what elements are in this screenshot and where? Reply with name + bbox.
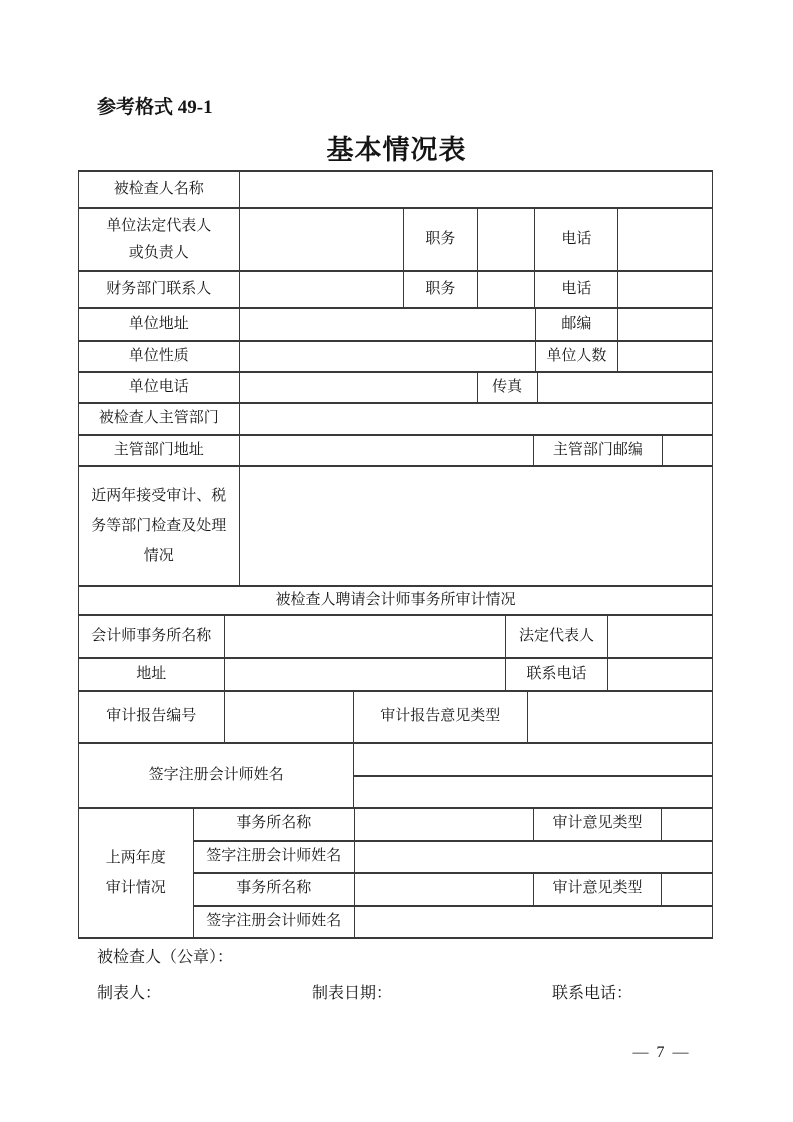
prev-signing-cpa-value-1 <box>354 842 712 873</box>
prev-firm-name-value-2 <box>354 874 533 905</box>
firm-address-label: 地址 <box>79 659 224 690</box>
legal-rep-label: 单位法定代表人 或负责人 <box>79 209 239 270</box>
format-label: 参考格式 49-1 <box>97 92 213 119</box>
supervising-dept-address-value <box>239 436 533 465</box>
prev-firm-row-1: 事务所名称 审计意见类型 <box>194 809 712 840</box>
row-firm-address: 地址 联系电话 <box>79 657 712 690</box>
prev-signing-cpa-label-2: 签字注册会计师姓名 <box>194 907 354 938</box>
supervising-dept-address-label: 主管部门地址 <box>79 436 239 465</box>
row-inspected-name: 被检查人名称 <box>79 172 712 207</box>
row-unit-phone: 单位电话 传真 <box>79 371 712 402</box>
finance-contact-value <box>239 272 403 307</box>
audit-report-opinion-type-label: 审计报告意见类型 <box>353 692 526 742</box>
legal-rep-position-value <box>477 209 535 270</box>
prev-firm-name-value-1 <box>354 809 533 840</box>
legal-rep-value <box>239 209 403 270</box>
legal-rep-phone-label: 电话 <box>534 209 617 270</box>
legal-rep-position-label: 职务 <box>403 209 477 270</box>
unit-phone-label: 单位电话 <box>79 373 239 402</box>
firm-legal-rep-value <box>607 616 712 657</box>
footer-line: 制表人： 制表日期： 联系电话： <box>0 980 793 1002</box>
postcode-label: 邮编 <box>535 309 618 340</box>
fax-value <box>537 373 712 402</box>
legal-rep-phone-value <box>617 209 712 270</box>
prev-firm-row-2: 事务所名称 审计意见类型 <box>194 872 712 905</box>
page-title: 基本情况表 <box>0 128 793 167</box>
supervising-dept-label: 被检查人主管部门 <box>79 404 239 434</box>
fax-label: 传真 <box>477 373 537 402</box>
row-prev-years: 上两年度 审计情况 事务所名称 审计意见类型 签字注册会计师姓名 事务所名称 审… <box>79 807 712 937</box>
prev-opinion-type-value-1 <box>661 809 712 840</box>
firm-address-value <box>224 659 505 690</box>
row-recent-inspections: 近两年接受审计、税 务等部门检查及处理 情况 <box>79 465 712 585</box>
row-supervising-dept: 被检查人主管部门 <box>79 402 712 434</box>
inspected-name-label: 被检查人名称 <box>79 172 239 207</box>
row-legal-rep: 单位法定代表人 或负责人 职务 电话 <box>79 207 712 270</box>
unit-nature-label: 单位性质 <box>79 342 239 371</box>
prev-opinion-type-value-2 <box>661 874 712 905</box>
audit-report-opinion-type-value <box>527 692 713 742</box>
supervising-dept-postcode-label: 主管部门邮编 <box>533 436 663 465</box>
audit-report-no-label: 审计报告编号 <box>79 692 224 742</box>
firm-legal-rep-label: 法定代表人 <box>505 616 608 657</box>
unit-headcount-value <box>617 342 712 371</box>
finance-contact-position-value <box>477 272 535 307</box>
row-finance-contact: 财务部门联系人 职务 电话 <box>79 270 712 307</box>
prev-firm-name-label-1: 事务所名称 <box>194 809 354 840</box>
row-signing-cpa: 签字注册会计师姓名 <box>79 742 712 807</box>
signing-cpa-value-2 <box>354 775 712 808</box>
finance-contact-phone-label: 电话 <box>534 272 617 307</box>
audit-report-no-value <box>224 692 354 742</box>
unit-nature-value <box>239 342 535 371</box>
signing-cpa-value-1 <box>354 744 712 775</box>
firm-phone-label: 联系电话 <box>505 659 608 690</box>
prev-firm-name-label-2: 事务所名称 <box>194 874 354 905</box>
firm-phone-value <box>607 659 712 690</box>
recent-inspections-label: 近两年接受审计、税 务等部门检查及处理 情况 <box>79 467 239 585</box>
unit-address-label: 单位地址 <box>79 309 239 340</box>
prev-signing-cpa-label-1: 签字注册会计师姓名 <box>194 842 354 873</box>
prev-cpa-row-1: 签字注册会计师姓名 <box>194 840 712 873</box>
row-cpa-section-header: 被检查人聘请会计师事务所审计情况 <box>79 585 712 614</box>
postcode-value <box>617 309 712 340</box>
unit-headcount-label: 单位人数 <box>535 342 618 371</box>
row-supervising-dept-address: 主管部门地址 主管部门邮编 <box>79 434 712 465</box>
contact-phone-label: 联系电话： <box>552 980 632 1003</box>
inspected-seal-line: 被检查人（公章）： <box>97 944 233 967</box>
inspected-name-value <box>239 172 712 207</box>
cpa-section-header: 被检查人聘请会计师事务所审计情况 <box>79 587 712 614</box>
preparer-label: 制表人： <box>97 980 161 1003</box>
supervising-dept-value <box>239 404 712 434</box>
prev-years-block: 事务所名称 审计意见类型 签字注册会计师姓名 事务所名称 审计意见类型 签字注册… <box>193 809 712 937</box>
row-audit-report: 审计报告编号 审计报告意见类型 <box>79 690 712 742</box>
row-firm-name: 会计师事务所名称 法定代表人 <box>79 614 712 657</box>
signing-cpa-values <box>353 744 712 807</box>
row-unit-nature: 单位性质 单位人数 <box>79 340 712 371</box>
unit-address-value <box>239 309 535 340</box>
basic-info-table: 被检查人名称 单位法定代表人 或负责人 职务 电话 财务部门联系人 职务 电话 … <box>78 170 713 939</box>
prev-opinion-type-label-2: 审计意见类型 <box>533 874 661 905</box>
signing-cpa-label: 签字注册会计师姓名 <box>79 744 353 807</box>
prev-years-label: 上两年度 审计情况 <box>79 809 193 937</box>
prev-signing-cpa-value-2 <box>354 907 712 938</box>
row-unit-address: 单位地址 邮编 <box>79 307 712 340</box>
firm-name-label: 会计师事务所名称 <box>79 616 224 657</box>
finance-contact-phone-value <box>617 272 712 307</box>
firm-name-value <box>224 616 505 657</box>
supervising-dept-postcode-value <box>662 436 712 465</box>
finance-contact-position-label: 职务 <box>403 272 477 307</box>
unit-phone-value <box>239 373 477 402</box>
page-number: — 7 — <box>0 1044 793 1062</box>
prev-cpa-row-2: 签字注册会计师姓名 <box>194 905 712 938</box>
prepared-date-label: 制表日期： <box>312 980 392 1003</box>
prev-opinion-type-label-1: 审计意见类型 <box>533 809 661 840</box>
document-page: 参考格式 49-1 基本情况表 被检查人名称 单位法定代表人 或负责人 职务 电… <box>0 0 793 1122</box>
finance-contact-label: 财务部门联系人 <box>79 272 239 307</box>
recent-inspections-value <box>239 467 712 585</box>
